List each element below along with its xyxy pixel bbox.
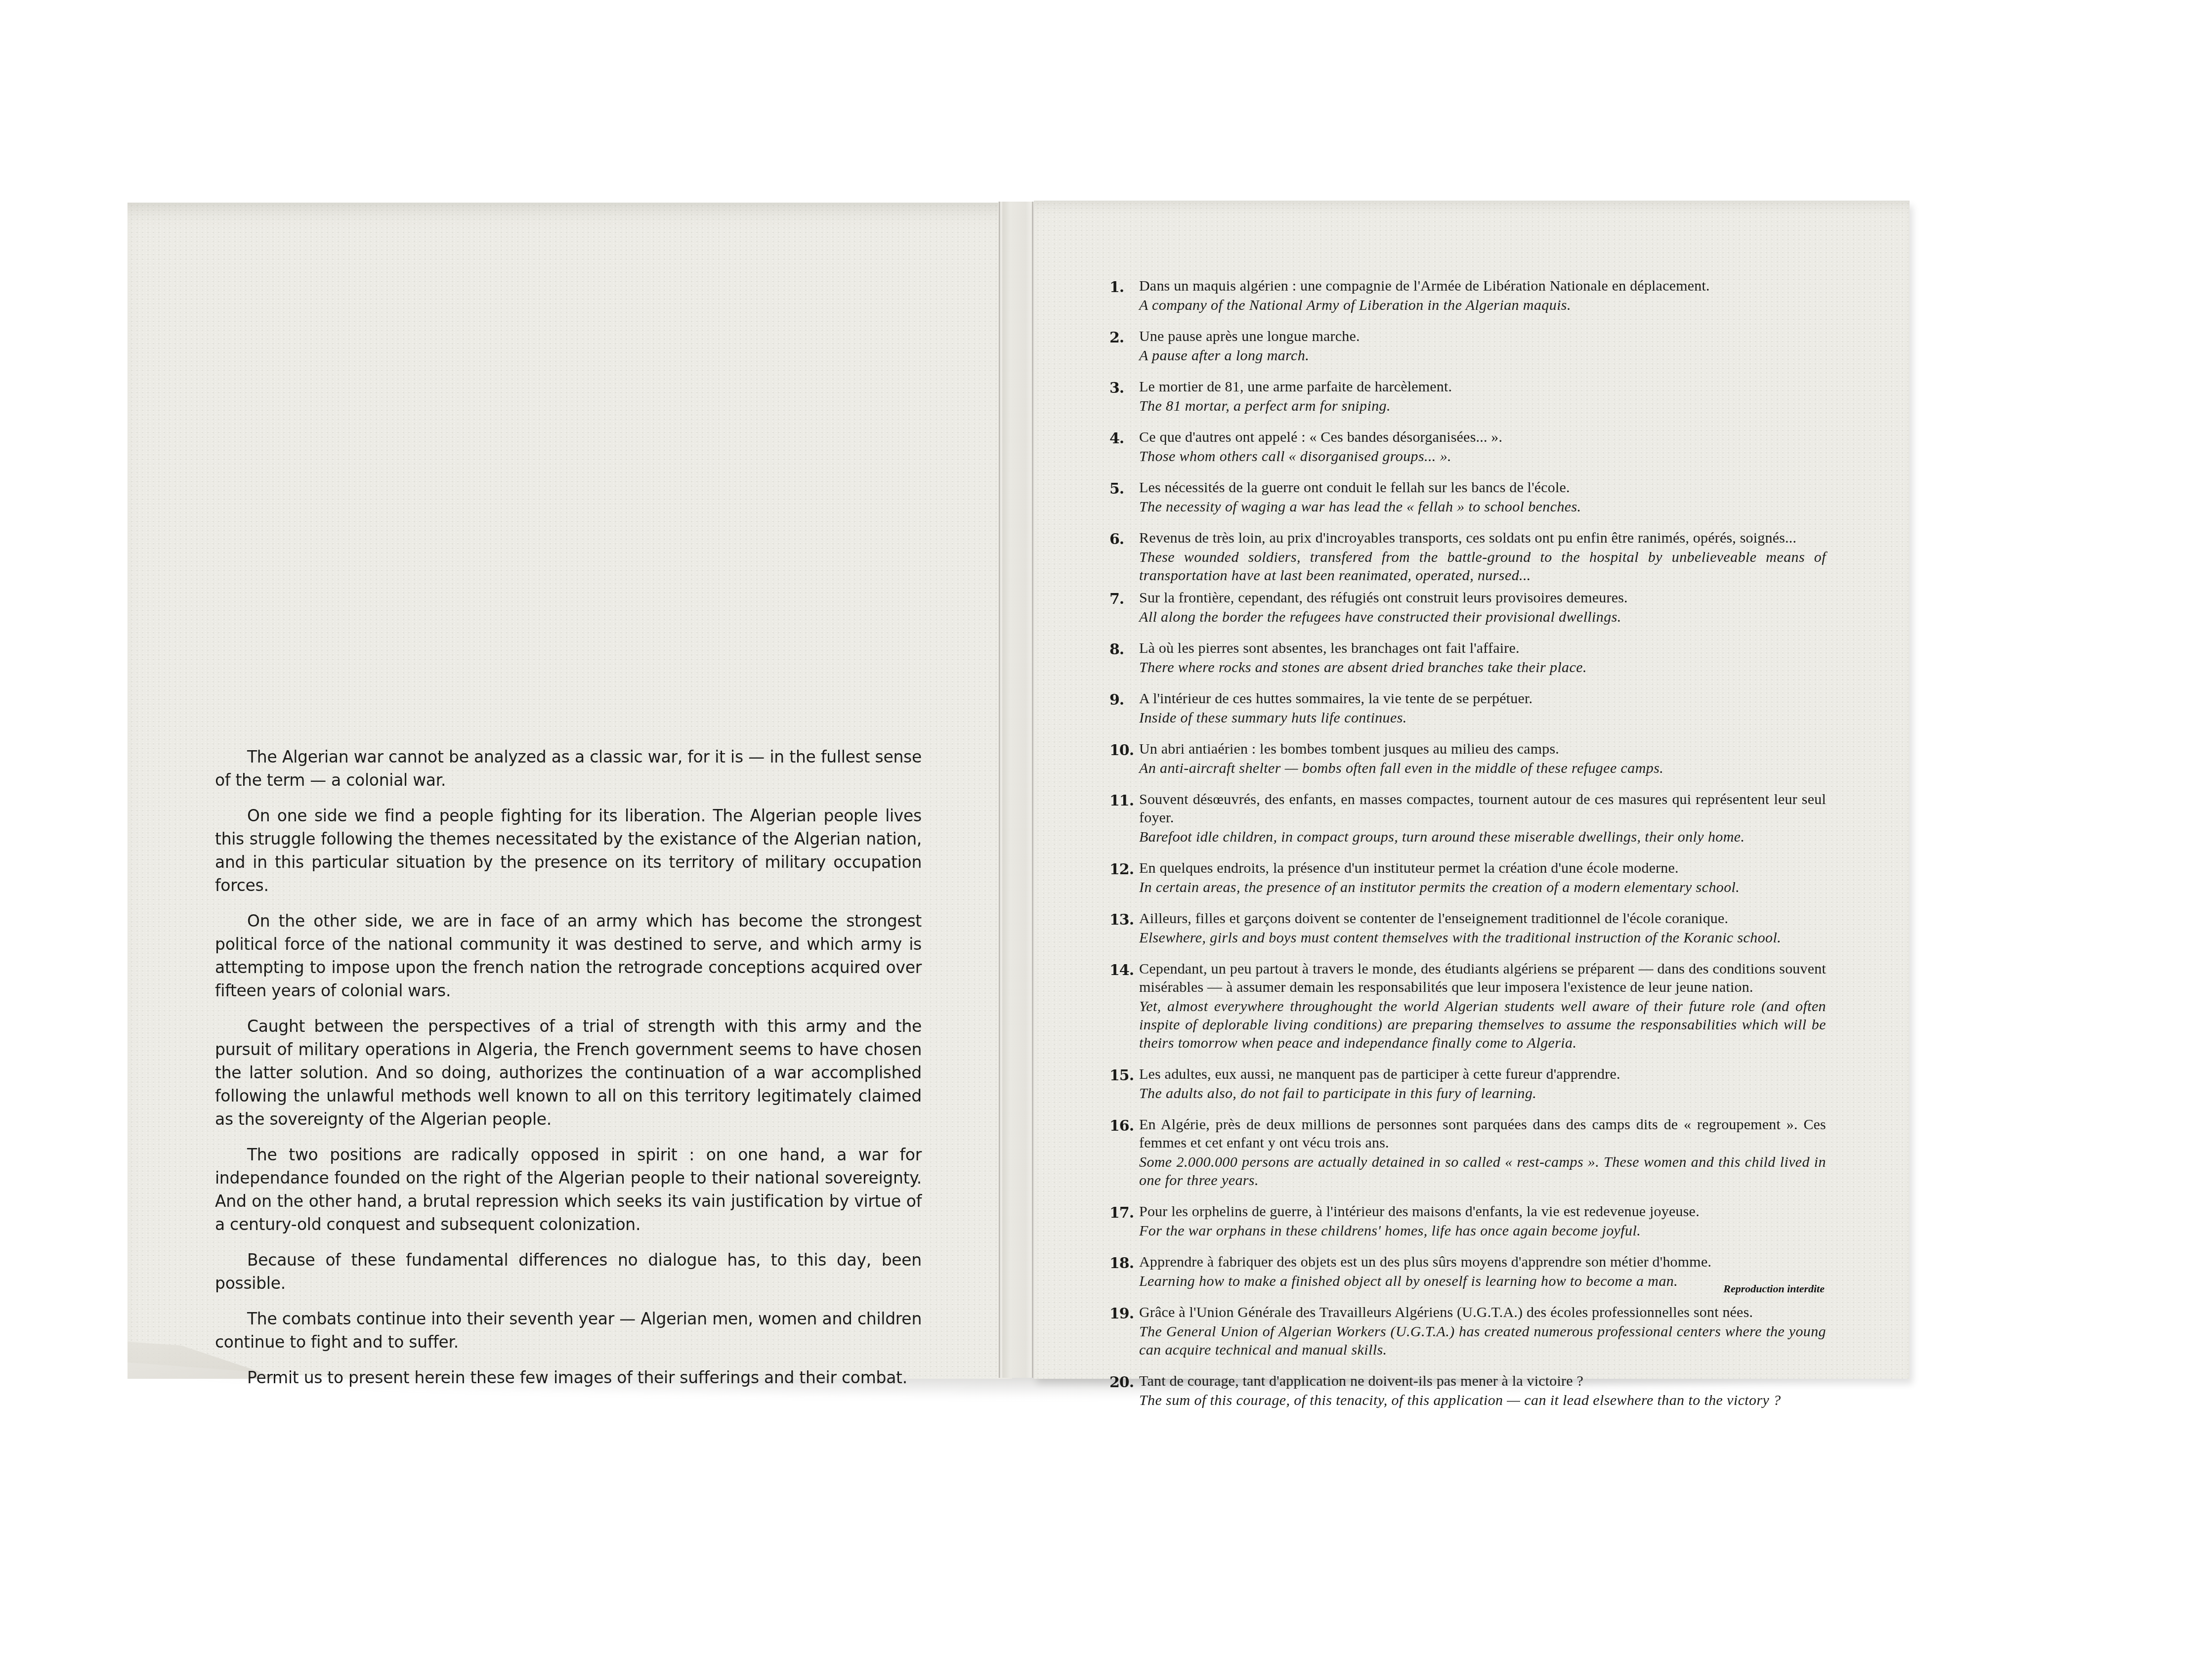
caption-number: 5. [1109, 480, 1137, 498]
caption-item: 10.Un abri antiaérien : les bombes tombe… [1109, 740, 1826, 777]
caption-french: Les adultes, eux aussi, ne manquent pas … [1139, 1065, 1826, 1083]
caption-french: Là où les pierres sont absentes, les bra… [1139, 639, 1826, 657]
caption-french: Grâce à l'Union Générale des Travailleur… [1139, 1303, 1826, 1321]
introduction-text: The Algerian war cannot be analyzed as a… [215, 745, 922, 1402]
caption-number: 18. [1109, 1255, 1137, 1272]
caption-item: 16.En Algérie, près de deux millions de … [1109, 1115, 1826, 1190]
caption-number: 2. [1109, 329, 1137, 346]
caption-number: 12. [1109, 861, 1137, 878]
caption-number: 20. [1109, 1374, 1137, 1391]
caption-number: 4. [1109, 430, 1137, 447]
caption-number: 17. [1109, 1204, 1137, 1222]
caption-item: 6.Revenus de très loin, au prix d'incroy… [1109, 529, 1826, 585]
caption-english: Those whom others call « disorganised gr… [1139, 447, 1826, 466]
intro-paragraph: On one side we find a people fighting fo… [215, 804, 922, 897]
caption-french: Dans un maquis algérien : une compagnie … [1139, 277, 1826, 295]
caption-english: A pause after a long march. [1139, 346, 1826, 365]
caption-number: 7. [1109, 591, 1137, 608]
caption-french: Souvent désœuvrés, des enfants, en masse… [1139, 790, 1826, 827]
caption-item: 4.Ce que d'autres ont appelé : « Ces ban… [1109, 428, 1826, 466]
caption-english: All along the border the refugees have c… [1139, 608, 1826, 626]
caption-number: 19. [1109, 1305, 1137, 1322]
caption-number: 6. [1109, 531, 1137, 548]
caption-item: 11.Souvent désœuvrés, des enfants, en ma… [1109, 790, 1826, 846]
caption-french: Ce que d'autres ont appelé : « Ces bande… [1139, 428, 1826, 446]
caption-english: The sum of this courage, of this tenacit… [1139, 1391, 1826, 1409]
caption-item: 5.Les nécessités de la guerre ont condui… [1109, 478, 1826, 516]
caption-english: There where rocks and stones are absent … [1139, 658, 1826, 677]
caption-english: The 81 mortar, a perfect arm for sniping… [1139, 397, 1826, 415]
caption-item: 7.Sur la frontière, cependant, des réfug… [1109, 589, 1826, 626]
caption-french: Un abri antiaérien : les bombes tombent … [1139, 740, 1826, 758]
caption-french: Tant de courage, tant d'application ne d… [1139, 1372, 1826, 1390]
caption-item: 20.Tant de courage, tant d'application n… [1109, 1372, 1826, 1409]
caption-number: 9. [1109, 691, 1137, 709]
intro-paragraph: Caught between the perspectives of a tri… [215, 1015, 922, 1131]
caption-number: 11. [1109, 792, 1137, 809]
caption-number: 1. [1109, 279, 1137, 296]
caption-french: Sur la frontière, cependant, des réfugié… [1139, 589, 1826, 607]
caption-english: A company of the National Army of Libera… [1139, 296, 1826, 314]
spine-crease-left [999, 202, 1000, 1378]
caption-french: Cependant, un peu partout à travers le m… [1139, 960, 1826, 996]
caption-item: 14.Cependant, un peu partout à travers l… [1109, 960, 1826, 1052]
caption-number: 14. [1109, 962, 1137, 979]
caption-french: Ailleurs, filles et garçons doivent se c… [1139, 909, 1826, 928]
caption-french: Pour les orphelins de guerre, à l'intéri… [1139, 1202, 1826, 1221]
reproduction-notice: Reproduction interdite [1690, 1282, 1825, 1295]
caption-english: These wounded soldiers, transfered from … [1139, 548, 1826, 585]
caption-french: Les nécessités de la guerre ont conduit … [1139, 478, 1826, 497]
caption-list: 1.Dans un maquis algérien : une compagni… [1109, 277, 1826, 1422]
caption-english: For the war orphans in these childrens' … [1139, 1222, 1826, 1240]
caption-english: The General Union of Algerian Workers (U… [1139, 1322, 1826, 1359]
caption-item: 2.Une pause après une longue marche.A pa… [1109, 327, 1826, 365]
caption-item: 19.Grâce à l'Union Générale des Travaill… [1109, 1303, 1826, 1359]
caption-item: 13.Ailleurs, filles et garçons doivent s… [1109, 909, 1826, 947]
caption-item: 1.Dans un maquis algérien : une compagni… [1109, 277, 1826, 314]
caption-french: Revenus de très loin, au prix d'incroyab… [1139, 529, 1826, 547]
caption-item: 9.A l'intérieur de ces huttes sommaires,… [1109, 689, 1826, 727]
intro-paragraph: Because of these fundamental differences… [215, 1248, 922, 1295]
caption-item: 15.Les adultes, eux aussi, ne manquent p… [1109, 1065, 1826, 1103]
caption-english: An anti-aircraft shelter — bombs often f… [1139, 759, 1826, 777]
caption-french: Le mortier de 81, une arme parfaite de h… [1139, 378, 1826, 396]
intro-paragraph: The two positions are radically opposed … [215, 1143, 922, 1236]
caption-english: Barefoot idle children, in compact group… [1139, 828, 1826, 846]
caption-number: 15. [1109, 1067, 1137, 1084]
caption-english: In certain areas, the presence of an ins… [1139, 878, 1826, 896]
caption-english: Inside of these summary huts life contin… [1139, 709, 1826, 727]
caption-french: A l'intérieur de ces huttes sommaires, l… [1139, 689, 1826, 708]
caption-item: 17.Pour les orphelins de guerre, à l'int… [1109, 1202, 1826, 1240]
caption-english: Elsewhere, girls and boys must content t… [1139, 929, 1826, 947]
caption-number: 16. [1109, 1117, 1137, 1135]
caption-number: 13. [1109, 911, 1137, 929]
caption-number: 10. [1109, 742, 1137, 759]
caption-english: Yet, almost everywhere throughought the … [1139, 997, 1826, 1052]
caption-number: 3. [1109, 380, 1137, 397]
spine-crease-right [1032, 202, 1033, 1378]
intro-paragraph: The Algerian war cannot be analyzed as a… [215, 745, 922, 792]
caption-english: Some 2.000.000 persons are actually deta… [1139, 1153, 1826, 1190]
caption-number: 8. [1109, 641, 1137, 658]
caption-french: Apprendre à fabriquer des objets est un … [1139, 1253, 1826, 1271]
intro-paragraph: On the other side, we are in face of an … [215, 909, 922, 1002]
intro-paragraph: Permit us to present herein these few im… [215, 1366, 922, 1389]
intro-paragraph: The combats continue into their seventh … [215, 1307, 922, 1354]
caption-french: En Algérie, près de deux millions de per… [1139, 1115, 1826, 1152]
caption-french: Une pause après une longue marche. [1139, 327, 1826, 345]
caption-french: En quelques endroits, la présence d'un i… [1139, 859, 1826, 877]
caption-item: 8.Là où les pierres sont absentes, les b… [1109, 639, 1826, 677]
caption-english: The necessity of waging a war has lead t… [1139, 498, 1826, 516]
caption-item: 12.En quelques endroits, la présence d'u… [1109, 859, 1826, 896]
caption-item: 3.Le mortier de 81, une arme parfaite de… [1109, 378, 1826, 415]
caption-english: The adults also, do not fail to particip… [1139, 1084, 1826, 1103]
